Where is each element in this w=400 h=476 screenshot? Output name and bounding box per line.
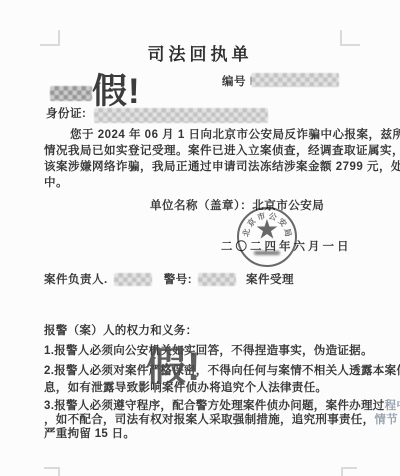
id-number-redaction <box>94 108 268 123</box>
crop-mark-bottom-right-icon <box>341 467 357 476</box>
crop-mark-bottom-left-icon <box>44 467 60 476</box>
rights-item-1: 1.报警人必须向公安机关如实回答，不得捏造事实，伪造证据。 <box>44 342 373 358</box>
document-title: 司法回执单 <box>0 40 400 65</box>
rights-item-3-line-2-light: 情节 <box>374 414 398 426</box>
police-seal-stamp: 北京市公安局 ★ <box>237 207 297 267</box>
rights-item-3-line-3: 严重拘留 15 日。 <box>44 425 135 441</box>
rights-heading: 报警（案）人的权力和义务： <box>44 322 197 338</box>
officer-row: 案件负责人. 警号: 案件受理 <box>44 271 294 287</box>
rights-item-2-line-1: 2.报警人必须对案件严格保密，不得向任何与案情不相关人透露本案信 <box>44 362 400 378</box>
body-line-4: 中。 <box>44 174 68 190</box>
body-line-1: 您于 2024 年 06 月 1 日向北京市公安局反诈骗中心报案，兹所报 <box>70 126 400 142</box>
name-redaction <box>50 86 92 101</box>
case-officer-label: 案件负责人. <box>44 271 108 287</box>
badge-number-redaction <box>198 273 236 286</box>
id-card-label: 身份证: <box>46 105 86 121</box>
officer-name-redaction <box>114 273 152 286</box>
star-icon: ★ <box>255 217 279 244</box>
body-line-2: 情况我局已如实登记受理。案件已进入立案侦查，经调查取证属实， <box>44 142 400 158</box>
document-page: 司法回执单 编号 B6 假! 身份证: 您于 2024 年 06 月 1 日向北… <box>0 0 400 476</box>
badge-number-label: 警号: <box>164 271 192 287</box>
serial-number-redaction <box>251 73 339 87</box>
body-line-3: 该案涉嫌网络诈骗，我局正通过申请司法冻结涉案金额 2799 元，处理 <box>44 158 400 174</box>
fake-annotation-middle: 假! <box>146 347 201 387</box>
case-status-label: 案件受理 <box>246 271 294 287</box>
seal-bottom-text-blur <box>254 251 280 255</box>
fake-annotation-top: 假! <box>92 74 141 109</box>
